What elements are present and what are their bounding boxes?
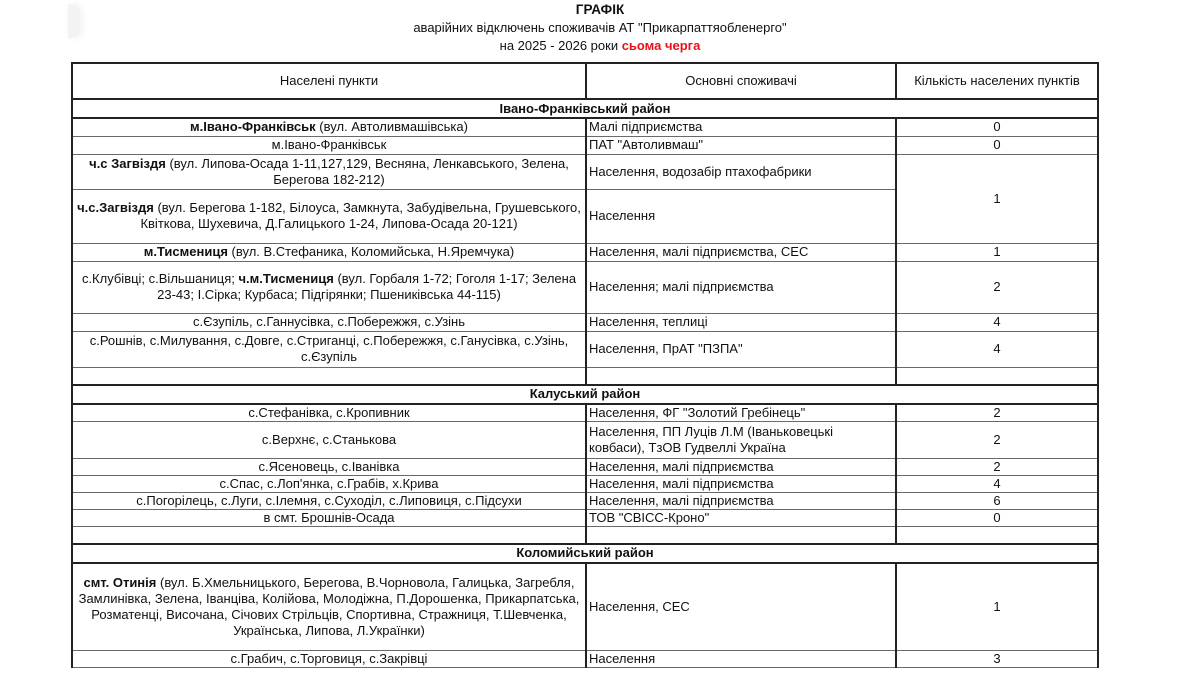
table-header-row: Населені пункти Основні споживачі Кількі… — [72, 63, 1098, 99]
settlement-cell: с.Ясеновець, с.Іванівка — [72, 458, 586, 475]
count-cell: 2 — [896, 404, 1098, 422]
table-row: смт. Отинія (вул. Б.Хмельницького, Берег… — [72, 563, 1098, 651]
table-row: в смт. Брошнів-Осада ТОВ "СВІСС-Кроно" 0 — [72, 509, 1098, 526]
count-cell: 0 — [896, 136, 1098, 154]
table-row: м.Тисмениця (вул. В.Стефаника, Коломийсь… — [72, 243, 1098, 261]
count-cell: 2 — [896, 421, 1098, 458]
header-consumers: Основні споживачі — [586, 63, 896, 99]
settlement-cell: в смт. Брошнів-Осада — [72, 509, 586, 526]
consumers-cell: Населення, ФГ "Золотий Гребінець" — [586, 404, 896, 422]
count-cell: 3 — [896, 651, 1098, 668]
settlement-cell: м.Івано-Франківськ — [72, 136, 586, 154]
settlement-cell: с.Клубівці; с.Вільшаниця; ч.м.Тисмениця … — [72, 261, 586, 313]
district-name: Івано-Франківський район — [72, 99, 1098, 118]
empty-cell — [896, 526, 1098, 544]
consumers-cell: Населення, ПрАТ "ПЗПА" — [586, 331, 896, 367]
spacer-row — [72, 367, 1098, 385]
consumers-cell: Населення, СЕС — [586, 563, 896, 651]
table-row: с.Стефанівка, с.Кропивник Населення, ФГ … — [72, 404, 1098, 422]
table-row: с.Верхнє, с.Станькова Населення, ПП Луці… — [72, 421, 1098, 458]
settlement-cell: с.Верхнє, с.Станькова — [72, 421, 586, 458]
empty-cell — [72, 367, 586, 385]
consumers-cell: Населення, водозабір птахофабрики — [586, 154, 896, 189]
district-row: Коломийський район — [72, 544, 1098, 563]
district-name: Калуський район — [72, 385, 1098, 404]
count-cell: 4 — [896, 313, 1098, 331]
count-cell: 0 — [896, 118, 1098, 136]
settlement-cell: с.Погорілець, с.Луги, с.Ілемня, с.Суході… — [72, 492, 586, 509]
district-name: Коломийський район — [72, 544, 1098, 563]
consumers-cell: Населення, малі підприємства — [586, 492, 896, 509]
table-row: с.Ясеновець, с.Іванівка Населення, малі … — [72, 458, 1098, 475]
document-subtitle: аварійних відключень споживачів АТ "Прик… — [0, 20, 1200, 36]
spacer-row — [72, 526, 1098, 544]
settlement-cell: с.Стефанівка, с.Кропивник — [72, 404, 586, 422]
table-row: с.Клубівці; с.Вільшаниця; ч.м.Тисмениця … — [72, 261, 1098, 313]
table-row: с.Єзупіль, с.Ганнусівка, с.Побережжя, с.… — [72, 313, 1098, 331]
settlement-cell: с.Рошнів, с.Милування, с.Довге, с.Стрига… — [72, 331, 586, 367]
settlement-cell: с.Грабич, с.Торговиця, с.Закрівці — [72, 651, 586, 668]
page-margin — [0, 0, 68, 675]
period-text: на 2025 - 2026 роки — [500, 38, 622, 53]
consumers-cell: Населення, теплиці — [586, 313, 896, 331]
table-row: ч.с Загвіздя (вул. Липова-Осада 1-11,127… — [72, 154, 1098, 189]
count-cell: 1 — [896, 243, 1098, 261]
settlement-cell: с.Спас, с.Лоп'янка, с.Грабів, х.Крива — [72, 475, 586, 492]
consumers-cell: Населення, ПП Луців Л.М (Іваньковецькі к… — [586, 421, 896, 458]
queue-highlight: сьома черга — [622, 38, 701, 53]
document-title: ГРАФІК — [0, 2, 1200, 18]
settlement-cell: м.Івано-Франківськ (вул. Автоливмашівськ… — [72, 118, 586, 136]
consumers-cell: ПАТ "Автоливмаш" — [586, 136, 896, 154]
consumers-cell: Населення, малі підприємства — [586, 458, 896, 475]
empty-cell — [72, 526, 586, 544]
count-cell: 0 — [896, 509, 1098, 526]
count-cell: 2 — [896, 458, 1098, 475]
table-row: с.Спас, с.Лоп'янка, с.Грабів, х.Крива На… — [72, 475, 1098, 492]
settlement-cell: смт. Отинія (вул. Б.Хмельницького, Берег… — [72, 563, 586, 651]
document-period: на 2025 - 2026 роки сьома черга — [0, 38, 1200, 54]
count-cell: 1 — [896, 154, 1098, 243]
settlement-cell: м.Тисмениця (вул. В.Стефаника, Коломийсь… — [72, 243, 586, 261]
table-row: с.Грабич, с.Торговиця, с.Закрівці Населе… — [72, 651, 1098, 668]
consumers-cell: Населення, малі підприємства, СЕС — [586, 243, 896, 261]
count-cell: 4 — [896, 331, 1098, 367]
outage-schedule-table: Населені пункти Основні споживачі Кількі… — [71, 62, 1099, 668]
settlement-cell: ч.с.Загвіздя (вул. Берегова 1-182, Білоу… — [72, 189, 586, 243]
district-row: Калуський район — [72, 385, 1098, 404]
count-cell: 1 — [896, 563, 1098, 651]
consumers-cell: Населення — [586, 189, 896, 243]
header-count: Кількість населених пунктів — [896, 63, 1098, 99]
table-row: м.Івано-Франківськ ПАТ "Автоливмаш" 0 — [72, 136, 1098, 154]
empty-cell — [896, 367, 1098, 385]
table-row: с.Рошнів, с.Милування, с.Довге, с.Стрига… — [72, 331, 1098, 367]
consumers-cell: Населення, малі підприємства — [586, 475, 896, 492]
table-row: м.Івано-Франківськ (вул. Автоливмашівськ… — [72, 118, 1098, 136]
table-row: с.Погорілець, с.Луги, с.Ілемня, с.Суході… — [72, 492, 1098, 509]
consumers-cell: Малі підприємства — [586, 118, 896, 136]
empty-cell — [586, 367, 896, 385]
consumers-cell: ТОВ "СВІСС-Кроно" — [586, 509, 896, 526]
consumers-cell: Населення; малі підприємства — [586, 261, 896, 313]
empty-cell — [586, 526, 896, 544]
count-cell: 4 — [896, 475, 1098, 492]
header-settlements: Населені пункти — [72, 63, 586, 99]
settlement-cell: с.Єзупіль, с.Ганнусівка, с.Побережжя, с.… — [72, 313, 586, 331]
consumers-cell: Населення — [586, 651, 896, 668]
district-row: Івано-Франківський район — [72, 99, 1098, 118]
settlement-cell: ч.с Загвіздя (вул. Липова-Осада 1-11,127… — [72, 154, 586, 189]
count-cell: 2 — [896, 261, 1098, 313]
count-cell: 6 — [896, 492, 1098, 509]
